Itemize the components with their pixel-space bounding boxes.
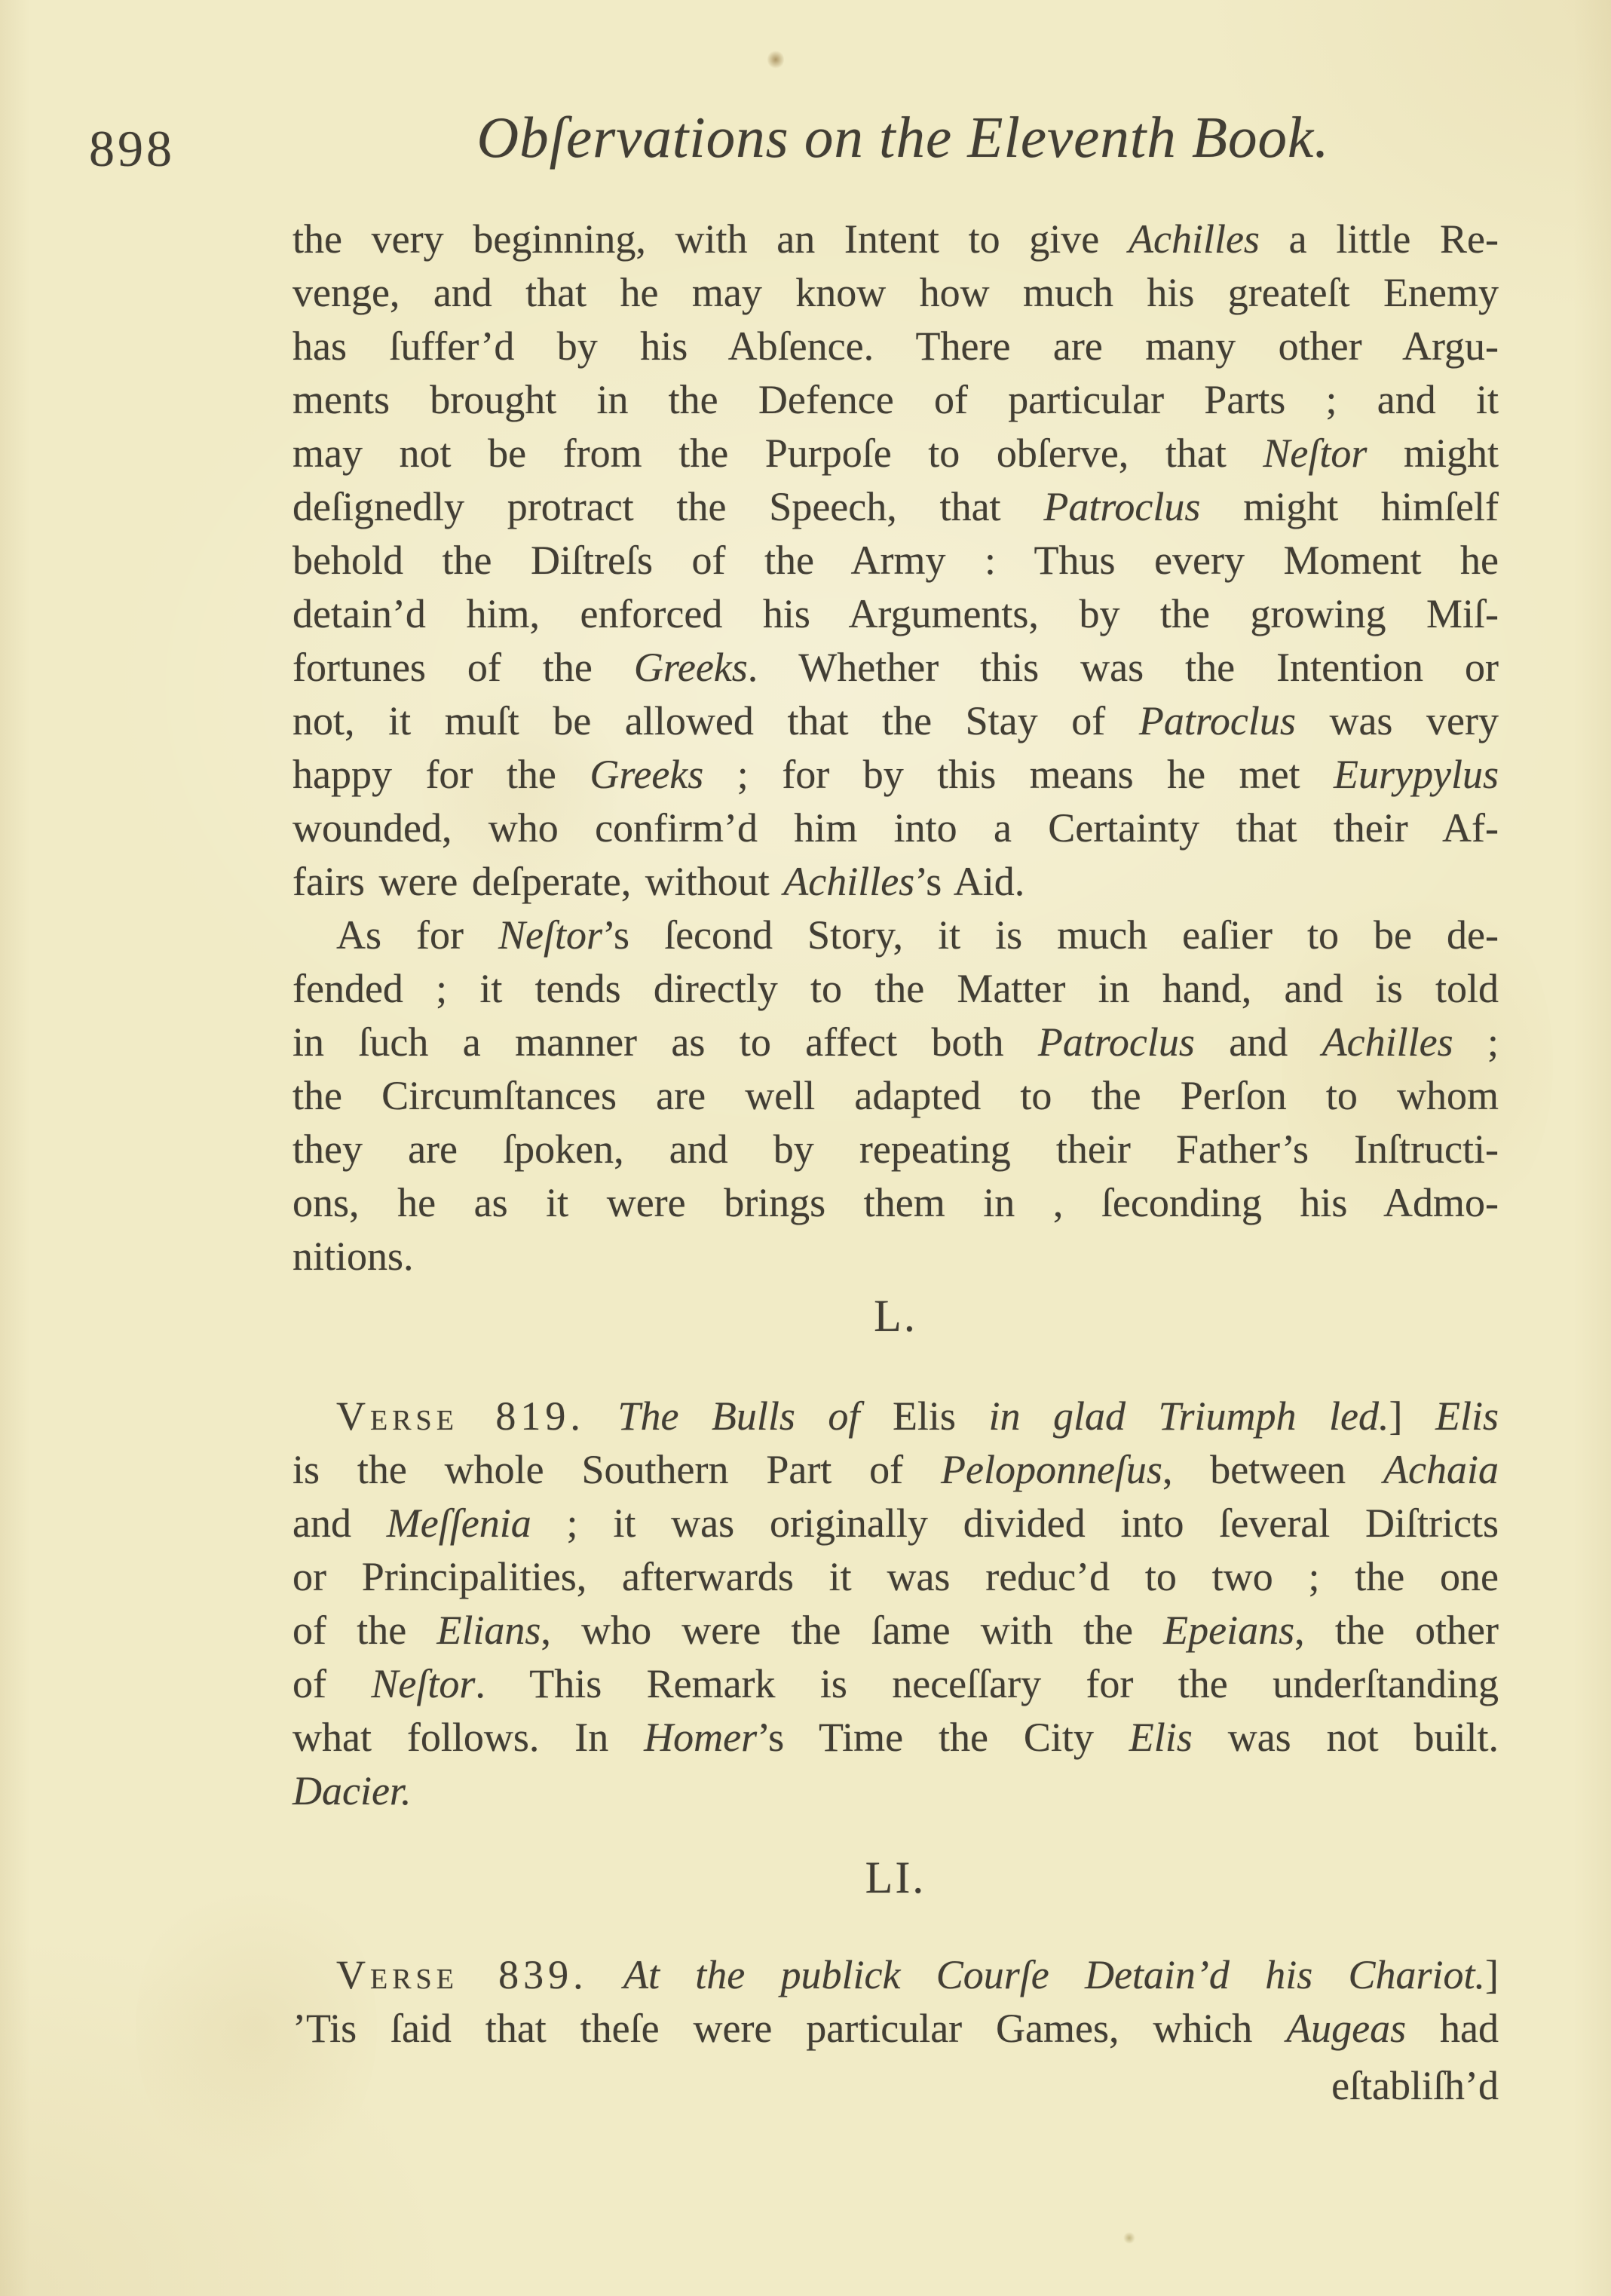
italic-run: Dacier. bbox=[292, 1768, 411, 1813]
text-line: they are ſpoken, and by repeating their … bbox=[292, 1123, 1499, 1176]
italic-run: Eurypylus bbox=[1334, 752, 1499, 797]
text-run: ’s ſecond Story, it is much eaſier to be… bbox=[602, 912, 1499, 958]
text-run: what follows. In bbox=[292, 1715, 644, 1760]
text-line: is the whole Southern Part of Peloponneſ… bbox=[292, 1443, 1499, 1497]
text-line: not, it muſt be allowed that the Stay of… bbox=[292, 694, 1499, 748]
text-run: ’s Time the City bbox=[757, 1715, 1129, 1760]
text-run: . This Remark is neceſſary for the under… bbox=[475, 1661, 1499, 1706]
text-run: ] bbox=[1485, 1952, 1499, 1997]
italic-run: Elis bbox=[1435, 1393, 1499, 1439]
text-run: the very beginning, with an Intent to gi… bbox=[292, 216, 1129, 262]
italic-run: in glad Triumph led. bbox=[988, 1393, 1389, 1439]
italic-run: At the publick Courſe Detain’d his Chari… bbox=[623, 1952, 1485, 1997]
italic-run: Augeas bbox=[1286, 2006, 1406, 2051]
italic-run: Elis bbox=[1129, 1715, 1193, 1760]
text-run: a little Re- bbox=[1260, 216, 1499, 262]
page-number: 898 bbox=[89, 119, 175, 179]
text-run: ons, he as it were brings them in , ſeco… bbox=[292, 1180, 1499, 1225]
paragraph: As for Neſtor’s ſecond Story, it is much… bbox=[292, 909, 1499, 1283]
text-run: might himſelf bbox=[1200, 484, 1499, 529]
text-run: , the other bbox=[1294, 1608, 1499, 1653]
text-run: of bbox=[292, 1661, 371, 1706]
text-run: ; for by this means he met bbox=[703, 752, 1334, 797]
text-run: Elis bbox=[859, 1393, 988, 1439]
text-run: , who were the ſame with the bbox=[541, 1608, 1163, 1653]
text-run: fended ; it tends directly to the Matter… bbox=[292, 966, 1499, 1011]
text-run: As for bbox=[336, 912, 498, 958]
text-line: the very beginning, with an Intent to gi… bbox=[292, 213, 1499, 266]
running-title: Obſervations on the Eleventh Book. bbox=[292, 104, 1514, 171]
italic-run: Neſtor bbox=[371, 1661, 475, 1706]
text-run: was not built. bbox=[1193, 1715, 1499, 1760]
text-run: may not be from the Purpoſe to obſerve, … bbox=[292, 431, 1263, 476]
text-line: Dacier. bbox=[292, 1764, 1499, 1818]
paragraph: Verse 819. The Bulls of Elis in glad Tri… bbox=[292, 1390, 1499, 1818]
text-line: As for Neſtor’s ſecond Story, it is much… bbox=[292, 909, 1499, 962]
text-line: has ſuffer’d by his Abſence. There are m… bbox=[292, 320, 1499, 373]
text-line: nitions. bbox=[292, 1230, 1499, 1283]
text-line: behold the Diſtreſs of the Army : Thus e… bbox=[292, 534, 1499, 587]
italic-run: Achilles bbox=[1322, 1019, 1453, 1065]
paper-stain bbox=[767, 50, 784, 69]
text-line: Verse 839. At the publick Courſe Detain’… bbox=[292, 1948, 1499, 2002]
text-run: the Circumſtances are well adapted to th… bbox=[292, 1073, 1499, 1118]
text-run: ; it was originally divided into ſeveral… bbox=[531, 1501, 1499, 1546]
italic-run: Patroclus bbox=[1038, 1019, 1195, 1065]
text-line: of the Elians, who were the ſame with th… bbox=[292, 1604, 1499, 1657]
italic-run: Elians bbox=[436, 1608, 541, 1653]
italic-run: Achaia bbox=[1383, 1447, 1499, 1492]
text-line: fortunes of the Greeks. Whether this was… bbox=[292, 641, 1499, 694]
paragraph: Verse 839. At the publick Courſe Detain’… bbox=[292, 1948, 1499, 2055]
catchword: eſtabliſh’d bbox=[292, 2059, 1499, 2113]
text-line: happy for the Greeks ; for by this means… bbox=[292, 748, 1499, 802]
smallcaps-run: Verse 819. bbox=[336, 1393, 585, 1439]
italic-run: Epeians bbox=[1163, 1608, 1294, 1653]
text-line: or Principalities, afterwards it was red… bbox=[292, 1550, 1499, 1604]
text-line: the Circumſtances are well adapted to th… bbox=[292, 1069, 1499, 1123]
text-run: not, it muſt be allowed that the Stay of bbox=[292, 698, 1139, 743]
text-line: and Meſſenia ; it was originally divided… bbox=[292, 1497, 1499, 1550]
text-line: deſignedly protract the Speech, that Pat… bbox=[292, 480, 1499, 534]
text-line: venge, and that he may know how much his… bbox=[292, 266, 1499, 320]
text-run: or Principalities, afterwards it was red… bbox=[292, 1554, 1499, 1599]
italic-run: Neſtor bbox=[1263, 431, 1367, 476]
paragraph: the very beginning, with an Intent to gi… bbox=[292, 213, 1499, 909]
text-run: deſignedly protract the Speech, that bbox=[292, 484, 1043, 529]
text-line: ons, he as it were brings them in , ſeco… bbox=[292, 1176, 1499, 1230]
text-run bbox=[585, 1393, 618, 1439]
text-run: detain’d him, enforced his Arguments, by… bbox=[292, 591, 1499, 636]
text-run: happy for the bbox=[292, 752, 590, 797]
italic-run: The Bulls of bbox=[617, 1393, 859, 1439]
text-run: is the whole Southern Part of bbox=[292, 1447, 941, 1492]
text-run: fortunes of the bbox=[292, 645, 634, 690]
text-line: what follows. In Homer’s Time the City E… bbox=[292, 1711, 1499, 1764]
text-line: fended ; it tends directly to the Matter… bbox=[292, 962, 1499, 1016]
text-run: has ſuffer’d by his Abſence. There are m… bbox=[292, 323, 1499, 369]
italic-run: Achilles bbox=[783, 859, 914, 904]
text-line: fairs were deſperate, without Achilles’s… bbox=[292, 855, 1499, 909]
italic-run: Greeks bbox=[634, 645, 748, 690]
text-run: ’s Aid. bbox=[914, 859, 1024, 904]
text-run: behold the Diſtreſs of the Army : Thus e… bbox=[292, 538, 1499, 583]
text-line: of Neſtor. This Remark is neceſſary for … bbox=[292, 1657, 1499, 1711]
text-line: detain’d him, enforced his Arguments, by… bbox=[292, 587, 1499, 641]
text-run: venge, and that he may know how much his… bbox=[292, 270, 1499, 315]
text-run: had bbox=[1406, 2006, 1499, 2051]
text-run: was very bbox=[1296, 698, 1499, 743]
text-run: and bbox=[1195, 1019, 1322, 1065]
paper-stain bbox=[1123, 2232, 1135, 2244]
italic-run: Patroclus bbox=[1139, 698, 1296, 743]
text-run: fairs were deſperate, without bbox=[292, 859, 783, 904]
italic-run: Meſſenia bbox=[387, 1501, 531, 1546]
italic-run: Patroclus bbox=[1043, 484, 1200, 529]
text-line: ’Tis ſaid that theſe were particular Gam… bbox=[292, 2002, 1499, 2055]
section-heading: LI. bbox=[292, 1851, 1499, 1905]
smallcaps-run: Verse 839. bbox=[336, 1952, 588, 1997]
italic-run: Peloponneſus bbox=[941, 1447, 1162, 1492]
text-run: ments brought in the Defence of particul… bbox=[292, 377, 1499, 422]
text-run: they are ſpoken, and by repeating their … bbox=[292, 1127, 1499, 1172]
text-line: in ſuch a manner as to affect both Patro… bbox=[292, 1016, 1499, 1069]
text-run: of the bbox=[292, 1608, 436, 1653]
text-line: ments brought in the Defence of particul… bbox=[292, 373, 1499, 427]
text-run: and bbox=[292, 1501, 387, 1546]
text-block: the very beginning, with an Intent to gi… bbox=[292, 213, 1499, 2055]
text-line: wounded, who confirm’d him into a Certai… bbox=[292, 802, 1499, 855]
italic-run: Neſtor bbox=[498, 912, 602, 958]
text-run: nitions. bbox=[292, 1234, 414, 1279]
text-run: in ſuch a manner as to affect both bbox=[292, 1019, 1038, 1065]
italic-run: Greeks bbox=[590, 752, 703, 797]
text-run: ’Tis ſaid that theſe were particular Gam… bbox=[292, 2006, 1286, 2051]
text-line: may not be from the Purpoſe to obſerve, … bbox=[292, 427, 1499, 480]
text-run: ] bbox=[1389, 1393, 1435, 1439]
section-heading: L. bbox=[292, 1289, 1499, 1343]
italic-run: Homer bbox=[644, 1715, 757, 1760]
text-run bbox=[588, 1952, 623, 1997]
text-run: ; bbox=[1453, 1019, 1499, 1065]
text-run: might bbox=[1367, 431, 1499, 476]
text-run: , between bbox=[1162, 1447, 1383, 1492]
text-line: Verse 819. The Bulls of Elis in glad Tri… bbox=[292, 1390, 1499, 1443]
book-page-scan: 898 Obſervations on the Eleventh Book. t… bbox=[0, 0, 1611, 2296]
text-run: wounded, who confirm’d him into a Certai… bbox=[292, 805, 1499, 851]
text-run: . Whether this was the Intention or bbox=[748, 645, 1499, 690]
italic-run: Achilles bbox=[1129, 216, 1260, 262]
